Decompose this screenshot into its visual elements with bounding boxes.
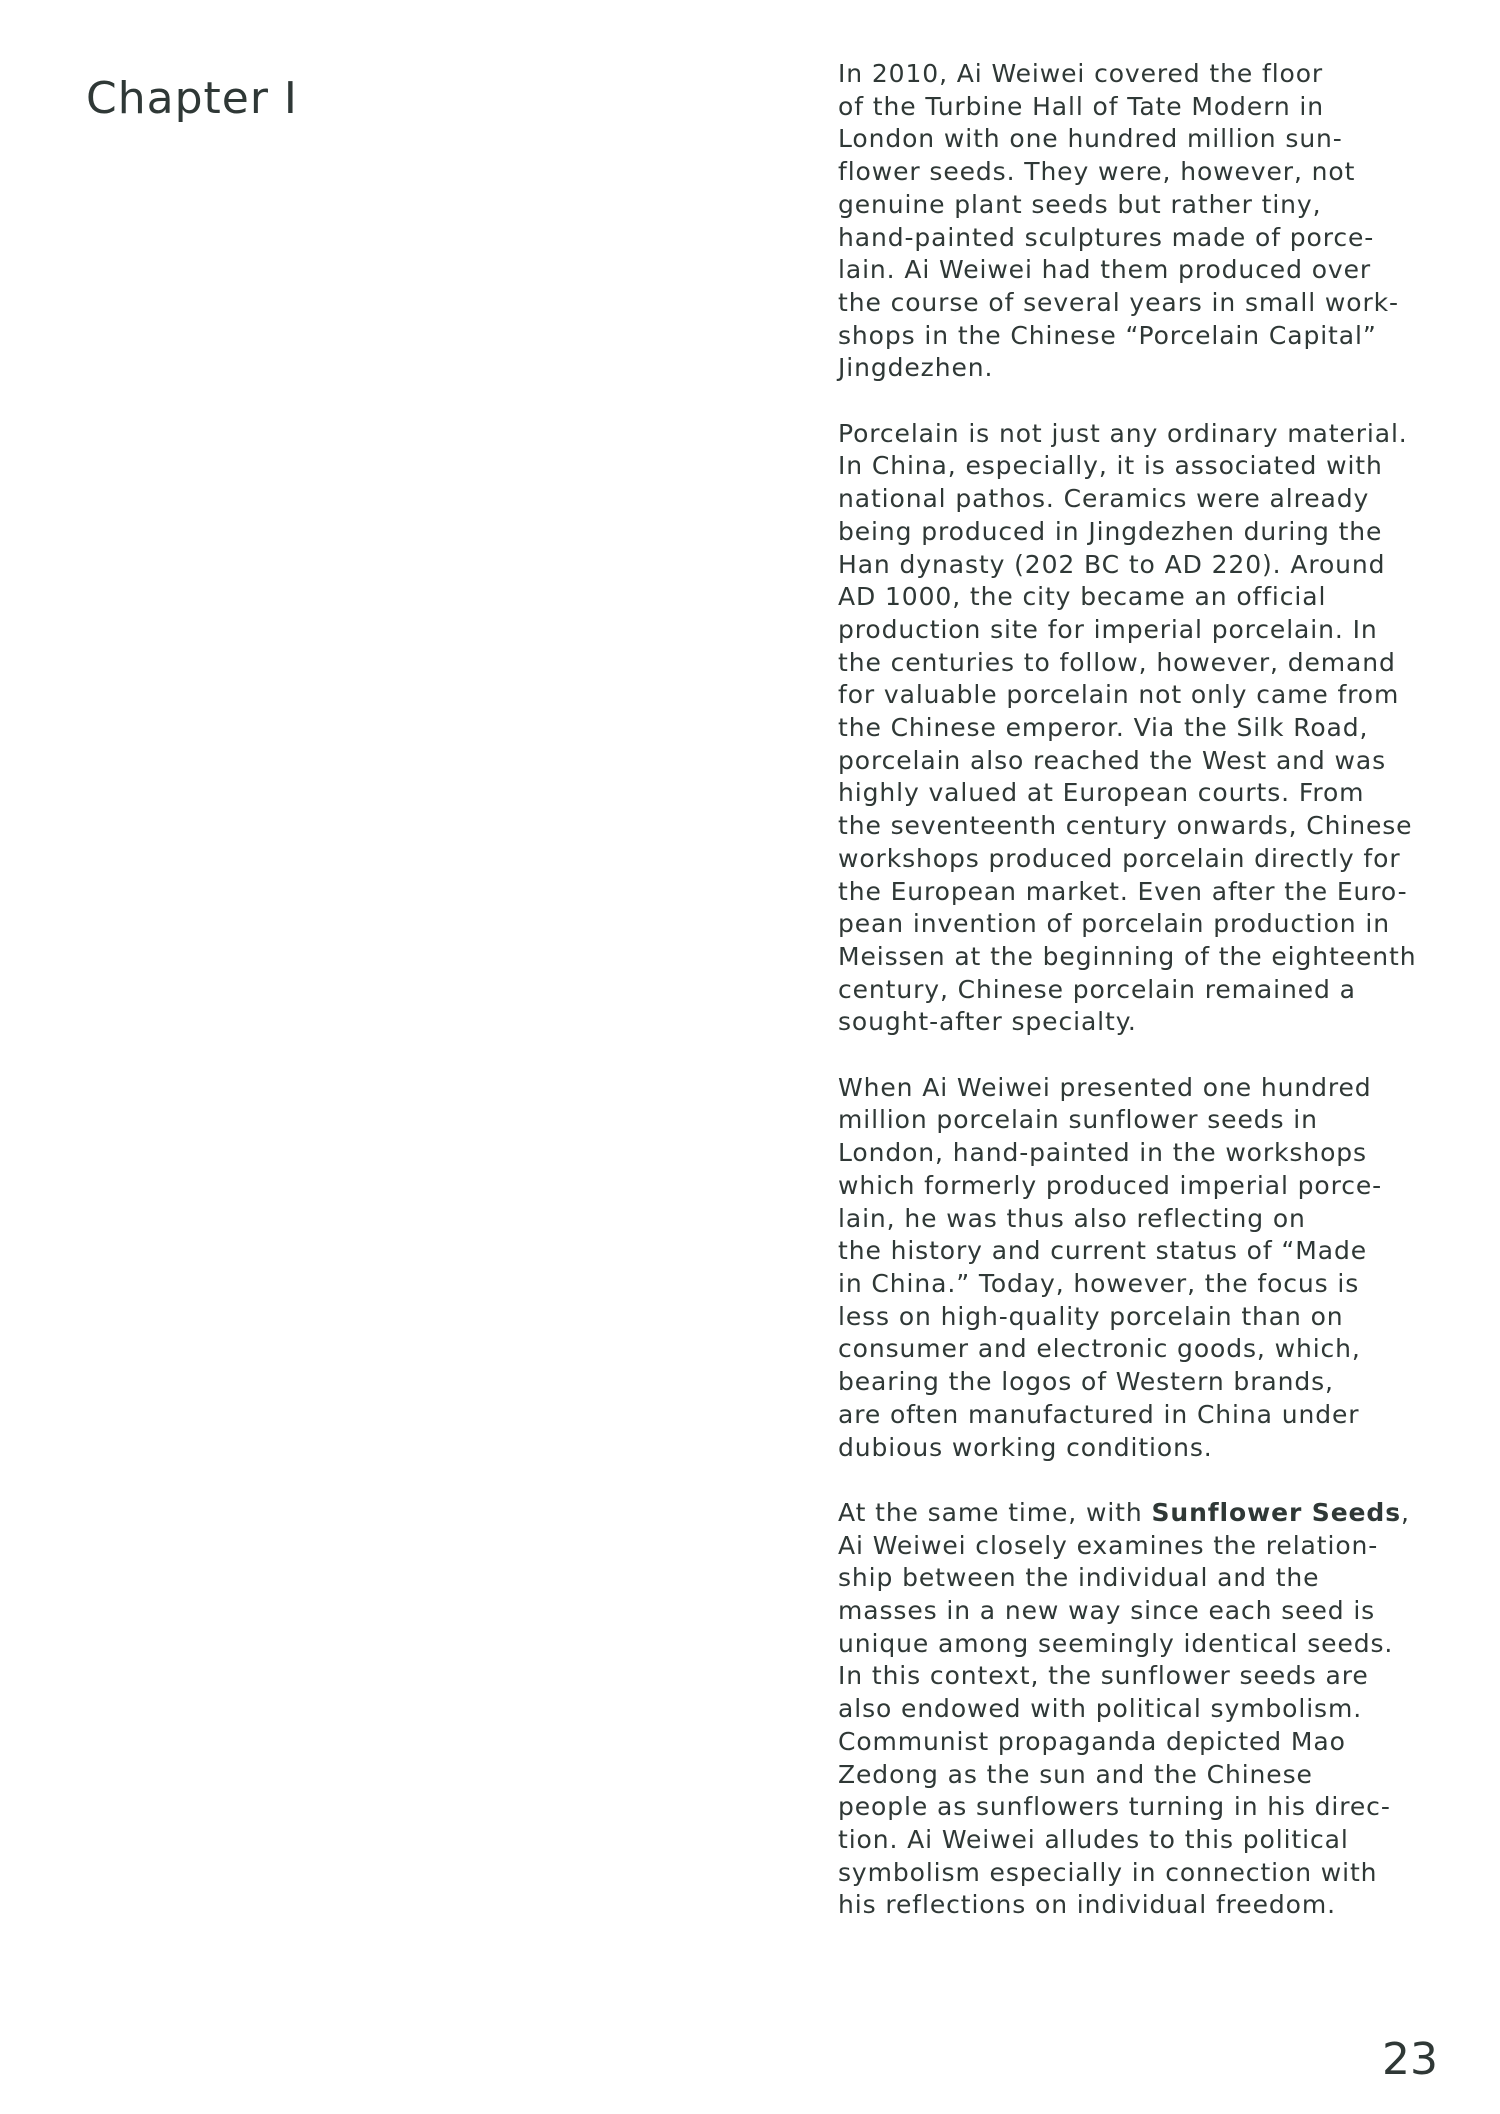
text-line: the history and current status of “Made [838,1235,1478,1268]
text-line: the Chinese emperor. Via the Silk Road, [838,712,1478,745]
text-line: dubious working conditions. [838,1432,1478,1465]
text-line: hand-painted sculptures made of porce- [838,222,1478,255]
text-line: genuine plant seeds but rather tiny, [838,189,1478,222]
text-line: sought-after specialty. [838,1006,1478,1039]
text-run: At the same time, with [838,1498,1151,1527]
text-line: the course of several years in small wor… [838,287,1478,320]
text-line: In 2010, Ai Weiwei covered the floor [838,58,1478,91]
text-line: symbolism especially in connection with [838,1857,1478,1890]
text-line: tion. Ai Weiwei alludes to this politica… [838,1824,1478,1857]
text-line: production site for imperial porcelain. … [838,614,1478,647]
text-line: ship between the individual and the [838,1562,1478,1595]
text-line: highly valued at European courts. From [838,777,1478,810]
text-line: Communist propaganda depicted Mao [838,1726,1478,1759]
text-line: also endowed with political symbolism. [838,1693,1478,1726]
text-line: century, Chinese porcelain remained a [838,974,1478,1007]
text-line: lain, he was thus also reflecting on [838,1203,1478,1236]
text-line: consumer and electronic goods, which, [838,1333,1478,1366]
text-line: AD 1000, the city became an official [838,581,1478,614]
text-line: Ai Weiwei closely examines the relation- [838,1530,1478,1563]
text-line: London with one hundred million sun- [838,123,1478,156]
text-line: masses in a new way since each seed is [838,1595,1478,1628]
text-line: Han dynasty (202 BC to AD 220). Around [838,549,1478,582]
text-run: , [1401,1498,1410,1527]
text-line: in China.” Today, however, the focus is [838,1268,1478,1301]
paragraph-4: At the same time, with Sunflower Seeds, … [838,1497,1478,1922]
text-line: are often manufactured in China under [838,1399,1478,1432]
paragraph-1: In 2010, Ai Weiwei covered the floor of … [838,58,1478,385]
text-line: flower seeds. They were, however, not [838,156,1478,189]
text-line: which formerly produced imperial porce- [838,1170,1478,1203]
page-number: 23 [1382,2034,1438,2085]
text-line: the centuries to follow, however, demand [838,647,1478,680]
artwork-title: Sunflower Seeds [1151,1498,1401,1527]
text-line: workshops produced porcelain directly fo… [838,843,1478,876]
text-line: less on high-quality porcelain than on [838,1301,1478,1334]
chapter-heading: Chapter I [86,73,298,124]
text-line: At the same time, with Sunflower Seeds, [838,1497,1478,1530]
text-line: Meissen at the beginning of the eighteen… [838,941,1478,974]
paragraph-2: Porcelain is not just any ordinary mater… [838,418,1478,1039]
text-line: for valuable porcelain not only came fro… [838,679,1478,712]
text-line: Jingdezhen. [838,352,1478,385]
text-line: In China, especially, it is associated w… [838,450,1478,483]
text-line: lain. Ai Weiwei had them produced over [838,254,1478,287]
text-line: When Ai Weiwei presented one hundred [838,1072,1478,1105]
text-line: the seventeenth century onwards, Chinese [838,810,1478,843]
text-line: his reflections on individual freedom. [838,1889,1478,1922]
text-line: being produced in Jingdezhen during the [838,516,1478,549]
body-text-column: In 2010, Ai Weiwei covered the floor of … [838,58,1478,1955]
text-line: people as sunflowers turning in his dire… [838,1791,1478,1824]
text-line: the European market. Even after the Euro… [838,876,1478,909]
paragraph-3: When Ai Weiwei presented one hundred mil… [838,1072,1478,1464]
text-line: In this context, the sunflower seeds are [838,1660,1478,1693]
text-line: unique among seemingly identical seeds. [838,1628,1478,1661]
text-line: million porcelain sunflower seeds in [838,1104,1478,1137]
text-line: of the Turbine Hall of Tate Modern in [838,91,1478,124]
text-line: shops in the Chinese “Porcelain Capital” [838,320,1478,353]
text-line: Zedong as the sun and the Chinese [838,1759,1478,1792]
text-line: national pathos. Ceramics were already [838,483,1478,516]
text-line: London, hand-painted in the workshops [838,1137,1478,1170]
text-line: porcelain also reached the West and was [838,745,1478,778]
text-line: bearing the logos of Western brands, [838,1366,1478,1399]
text-line: Porcelain is not just any ordinary mater… [838,418,1478,451]
text-line: pean invention of porcelain production i… [838,908,1478,941]
